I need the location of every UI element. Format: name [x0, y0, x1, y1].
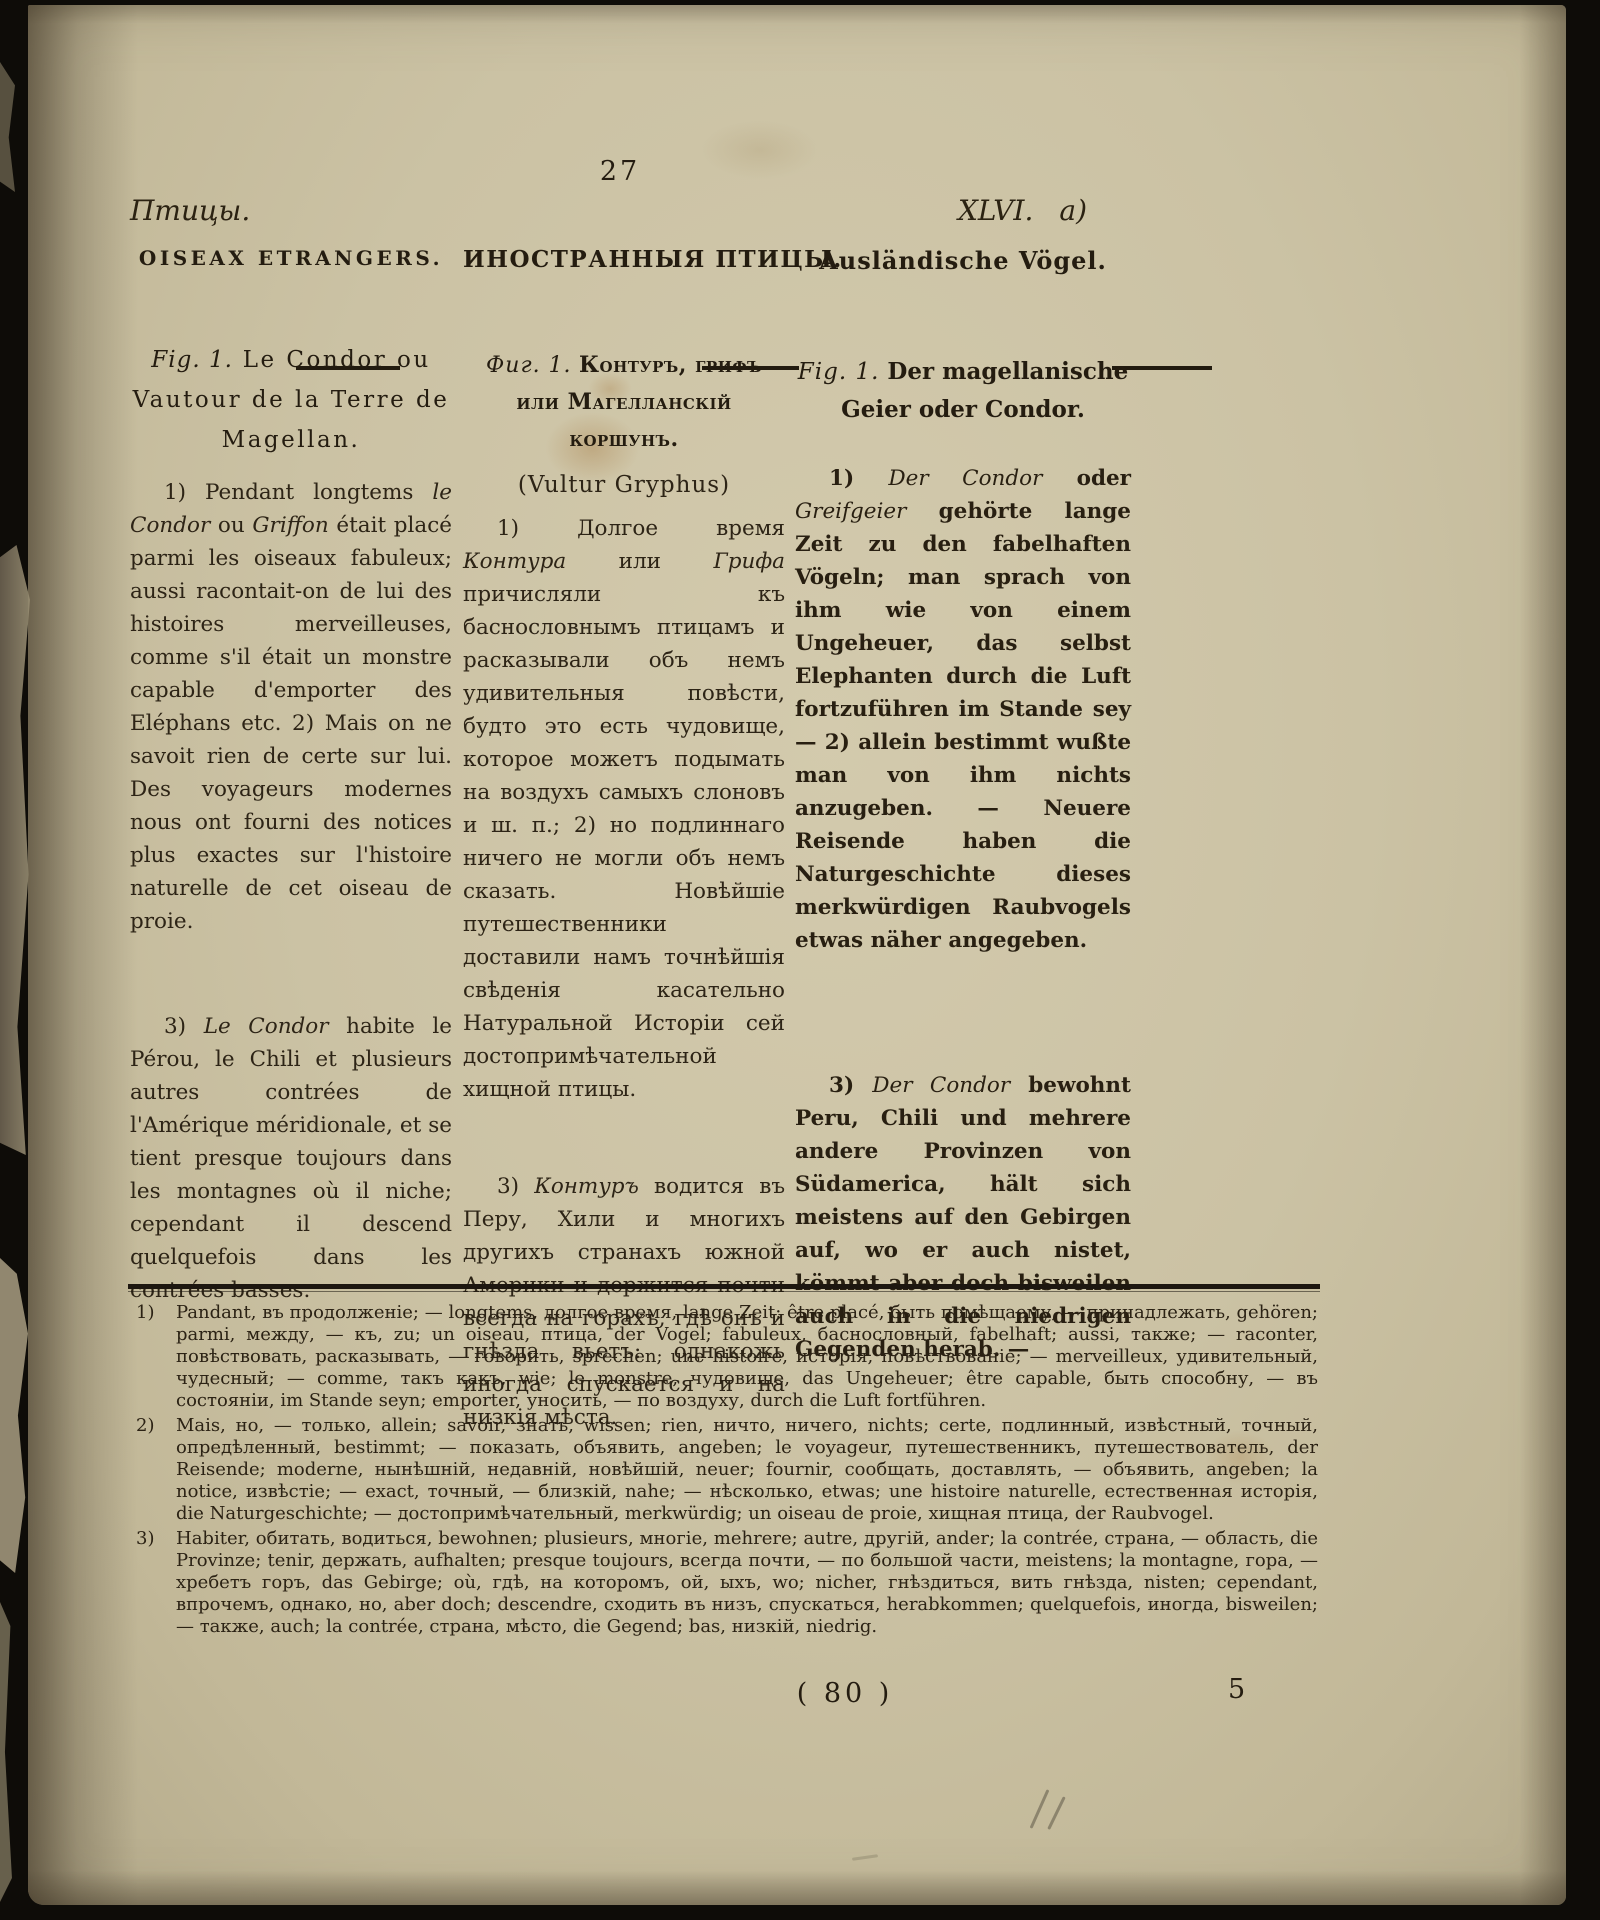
figure-heading-german: Fig. 1. Der magellanische Geier oder Con…: [795, 353, 1131, 428]
footnote-1: 1) Pandant, въ продолженіе; — longtems, …: [130, 1302, 1318, 1412]
column-russian: ИНОСТРАННЫЯ ПТИЦЫ. Фиг. 1. Контуръ, гриф…: [463, 246, 785, 1434]
figure-label: Fig. 1.: [151, 347, 233, 373]
column-french: OISEAX ETRANGERS. Fig. 1. Le Condor ou V…: [130, 246, 452, 1307]
column-german: Ausländische Vögel. Fig. 1. Der magellan…: [795, 246, 1131, 1366]
paper-tear: [0, 1258, 28, 1573]
paragraph-french-1: 1) Pendant longtems le Condor ou Griffon…: [130, 476, 452, 938]
paragraph-german-1: 1) Der Condor oder Greifgeier gehörte la…: [795, 462, 1131, 957]
paper-tear: [0, 62, 15, 192]
footnote-2: 2) Mais, но, — только, allein; savoir, з…: [130, 1415, 1318, 1525]
plate-reference: XLVI.a): [958, 194, 1087, 227]
scanned-book-spread: 27 Птицы. XLVI.a) OISEAX ETRANGERS. Fig.…: [0, 0, 1600, 1920]
signature-mark: ( 80 ): [755, 1678, 935, 1709]
footnote-block: 1) Pandant, въ продолженіе; — longtems, …: [130, 1302, 1318, 1641]
figure-label: Fig. 1.: [798, 359, 880, 385]
running-title: Птицы.: [130, 194, 250, 227]
gathering-number: 5: [1228, 1674, 1245, 1705]
footnote-text: Mais, но, — только, allein; savoir, знат…: [176, 1415, 1318, 1524]
footnote-text: Pandant, въ продолженіе; — longtems, дол…: [176, 1302, 1318, 1411]
figure-label: Фиг. 1.: [486, 353, 572, 378]
footnote-number: 1): [136, 1302, 154, 1324]
paper-tear: [0, 545, 30, 1155]
section-title-russian: ИНОСТРАННЫЯ ПТИЦЫ.: [463, 246, 785, 273]
latin-species-name: (Vultur Gryphus): [463, 472, 785, 498]
footnote-3: 3) Habiter, обитать, водиться, bewohnen;…: [130, 1528, 1318, 1638]
figure-heading-russian: Фиг. 1. Контуръ, грифъ или Магелланскій …: [463, 347, 785, 458]
paragraph-russian-1: 1) Долгое время Контура или Грифа причис…: [463, 512, 785, 1106]
footnote-rule: [128, 1284, 1320, 1289]
figure-heading-french: Fig. 1. Le Condor ou Vautour de la Terre…: [130, 340, 452, 460]
section-title-german: Ausländische Vögel.: [795, 246, 1131, 275]
plate-suffix: a): [1059, 194, 1087, 227]
paper-tear: [0, 1602, 13, 1902]
folio-number: 27: [100, 156, 1140, 187]
plate-number: XLVI.: [958, 194, 1033, 227]
footnote-text: Habiter, обитать, водиться, bewohnen; pl…: [176, 1528, 1318, 1637]
section-title-french: OISEAX ETRANGERS.: [130, 246, 452, 270]
footnote-number: 2): [136, 1415, 154, 1437]
footnote-number: 3): [136, 1528, 154, 1550]
paragraph-french-2: 3) Le Condor habite le Pérou, le Chili e…: [130, 1010, 452, 1307]
figure-title: Der magellanische Geier oder Condor.: [841, 358, 1128, 423]
